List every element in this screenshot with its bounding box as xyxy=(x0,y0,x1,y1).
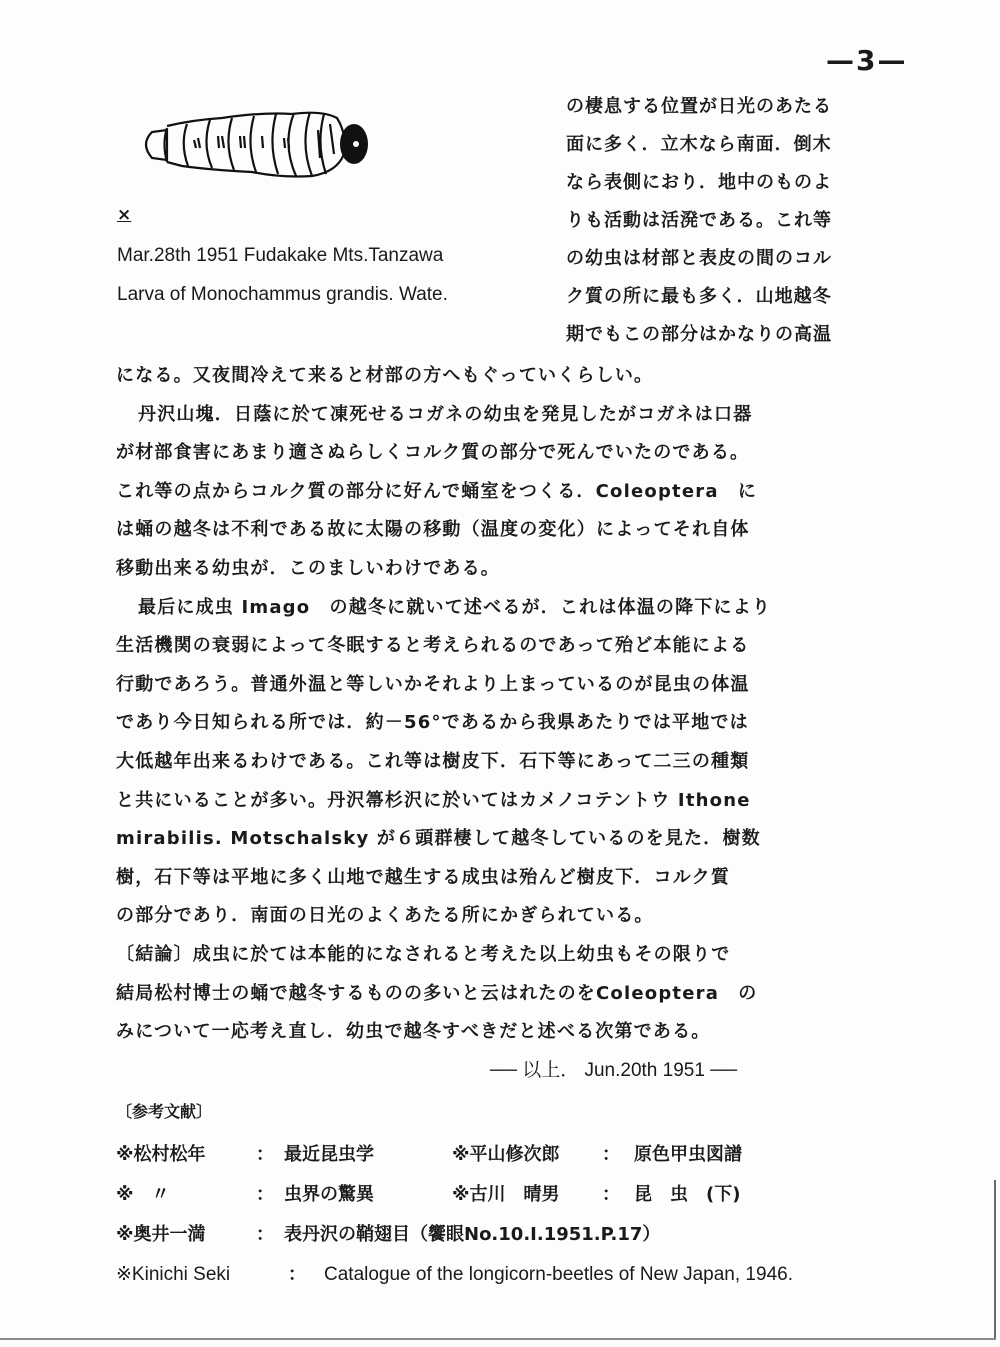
text-line: これ等の点からコルク質の部分に好んで蛹室をつくる．Coleoptera に xyxy=(116,473,906,512)
reference-title: Catalogue of the longicorn-beetles of Ne… xyxy=(324,1255,793,1295)
reference-separator: ： xyxy=(602,1135,620,1175)
text-line: は蛹の越冬は不利である故に太陽の移動（温度の変化）によってそれ自体 xyxy=(116,511,906,550)
conclusion-line: みについて一応考え直し．幼虫で越冬すべきだと述べる次第である。 xyxy=(116,1013,906,1052)
reference-separator: ： xyxy=(288,1255,306,1295)
page-edge-bottom xyxy=(0,1338,996,1340)
text-line: の部分であり．南面の日光のよくあたる所にかぎられている。 xyxy=(116,897,906,936)
page-number: —3— xyxy=(826,44,907,77)
reference-title: 最近昆虫学 xyxy=(284,1135,374,1175)
reference-author: ※Kinichi Seki xyxy=(116,1255,230,1295)
text-line: 丹沢山塊．日蔭に於て凍死せるコガネの幼虫を発見したがコガネは口器 xyxy=(116,396,906,435)
text-line: であり今日知られる所では．約－56°であるから我県あたりでは平地では xyxy=(116,704,906,743)
reference-row: ※ 〃 ： 虫界の驚異 ※古川 晴男 ： 昆 虫 (下) xyxy=(116,1175,916,1215)
references-heading: 〔参考文献〕 xyxy=(116,1095,916,1135)
larva-drawing-icon xyxy=(132,104,372,184)
reference-author: ※奥井一満 xyxy=(116,1215,206,1255)
reference-separator: ： xyxy=(256,1215,274,1255)
scale-mark: × xyxy=(117,205,131,225)
references-section: 〔参考文献〕 ※松村松年 ： 最近昆虫学 ※平山修次郎 ： 原色甲虫図譜 ※ 〃… xyxy=(116,1095,916,1295)
reference-title: 虫界の驚異 xyxy=(284,1175,374,1215)
reference-title: 昆 虫 (下) xyxy=(634,1175,740,1215)
text-line: りも活動は活溌である。これ等 xyxy=(566,202,906,240)
text-line: 生活機関の衰弱によって冬眠すると考えられるのであって殆ど本能による xyxy=(116,627,906,666)
reference-title: 原色甲虫図譜 xyxy=(634,1135,742,1175)
text-line: 大低越年出来るわけである。これ等は樹皮下．石下等にあって二三の種類 xyxy=(116,743,906,782)
text-line: の幼虫は材部と表皮の間のコル xyxy=(566,240,906,278)
text-line: 面に多く．立木なら南面．倒木 xyxy=(566,126,906,164)
conclusion-line: 結局松村博士の蛹で越冬するものの多いと云はれたのをColeoptera の xyxy=(116,975,906,1014)
reference-separator: ： xyxy=(602,1175,620,1215)
reference-separator: ： xyxy=(256,1175,274,1215)
reference-row: ※松村松年 ： 最近昆虫学 ※平山修次郎 ： 原色甲虫図譜 xyxy=(116,1135,916,1175)
figure-caption-date-location: Mar.28th 1951 Fudakake Mts.Tanzawa xyxy=(117,245,443,267)
text-line: 移動出来る幼虫が．このましいわけである。 xyxy=(116,550,906,589)
text-line: が材部食害にあまり適さぬらしくコルク質の部分で死んでいたのである。 xyxy=(116,434,906,473)
figure-caption-species: Larva of Monochammus grandis. Wate. xyxy=(117,284,448,306)
text-line: と共にいることが多い。丹沢箒杉沢に於いてはカメノコテントウ Ithone xyxy=(116,782,906,821)
text-line: 期でもこの部分はかなりの高温 xyxy=(566,316,906,354)
reference-author: ※古川 晴男 xyxy=(452,1175,560,1215)
text-line: 行動であろう。普通外温と等しいかそれより上まっているのが昆虫の体温 xyxy=(116,666,906,705)
reference-author: ※松村松年 xyxy=(116,1135,206,1175)
reference-row: ※奥井一満 ： 表丹沢の鞘翅目（饗眼No.10.I.1951.P.17） xyxy=(116,1215,916,1255)
reference-author: ※ 〃 xyxy=(116,1175,170,1215)
right-column-text: の棲息する位置が日光のあたる 面に多く．立木なら南面．倒木 なら表側におり．地中… xyxy=(566,88,906,354)
text-line: mirabilis. Motschalsky が６頭群棲して越冬しているのを見た… xyxy=(116,820,906,859)
text-line: ク質の所に最も多く．山地越冬 xyxy=(566,278,906,316)
reference-separator: ： xyxy=(256,1135,274,1175)
text-line: なら表側におり．地中のものよ xyxy=(566,164,906,202)
signature-date: ── 以上． Jun.20th 1951 ── xyxy=(490,1055,737,1082)
reference-author: ※平山修次郎 xyxy=(452,1135,560,1175)
reference-row: ※Kinichi Seki ： Catalogue of the longico… xyxy=(116,1255,916,1295)
text-line: の棲息する位置が日光のあたる xyxy=(566,88,906,126)
reference-title: 表丹沢の鞘翅目（饗眼No.10.I.1951.P.17） xyxy=(284,1215,660,1255)
text-line: 最后に成虫 Imago の越冬に就いて述べるが．これは体温の降下により xyxy=(116,589,906,628)
body-text: になる。又夜間冷えて来ると材部の方へもぐっていくらしい。 丹沢山塊．日蔭に於て凍… xyxy=(116,357,906,1052)
text-line: 樹，石下等は平地に多く山地で越生する成虫は殆んど樹皮下．コルク質 xyxy=(116,859,906,898)
conclusion-line: 〔結論〕成虫に於ては本能的になされると考えた以上幼虫もその限りで xyxy=(116,936,906,975)
page-edge-right xyxy=(994,1180,996,1340)
text-line: になる。又夜間冷えて来ると材部の方へもぐっていくらしい。 xyxy=(116,357,906,396)
